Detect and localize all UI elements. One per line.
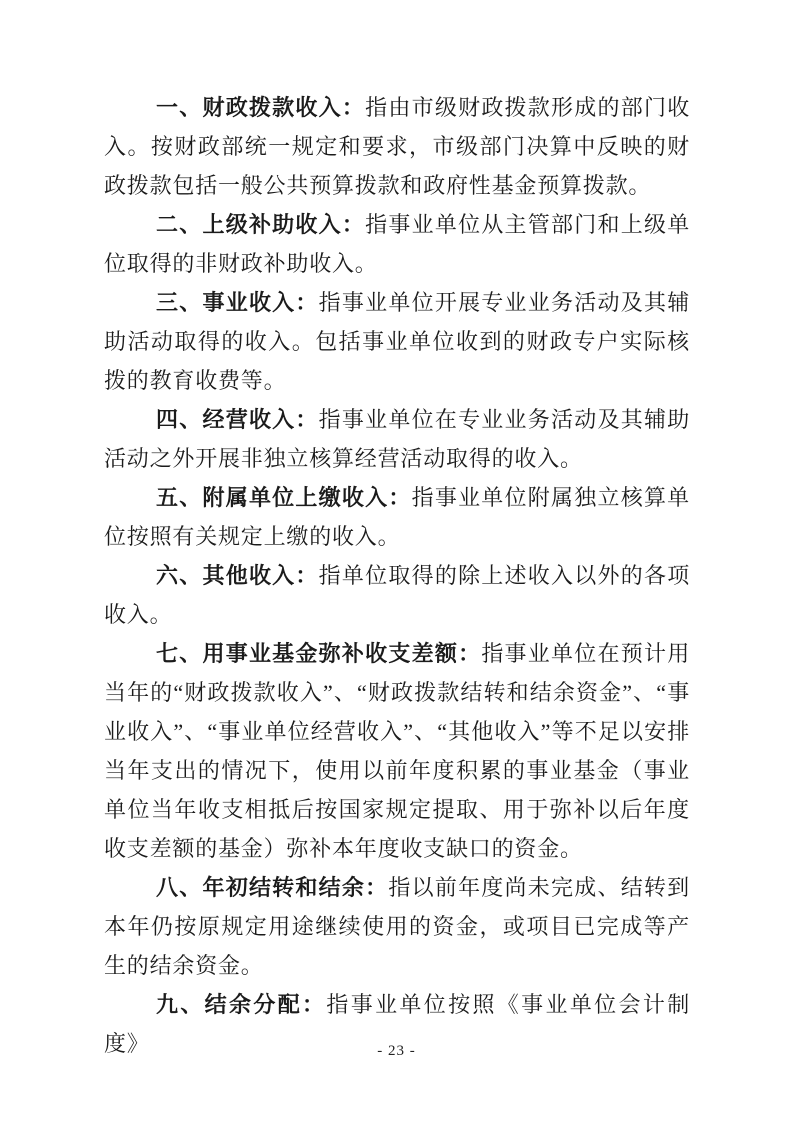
definition-text: 指事业单位在预计用当年的“财政拨款收入”、“财政拨款结转和结余资金”、“事业收入… [104,641,690,861]
document-page: 一、财政拨款收入：指由市级财政拨款形成的部门收入。按财政部统一规定和要求，市级部… [0,0,793,1122]
definition-paragraph: 五、附属单位上缴收入：指事业单位附属独立核算单位按照有关规定上缴的收入。 [104,478,690,556]
definition-paragraph: 三、事业收入：指事业单位开展专业业务活动及其辅助活动取得的收入。包括事业单位收到… [104,283,690,400]
definition-paragraph: 二、上级补助收入：指事业单位从主管部门和上级单位取得的非财政补助收入。 [104,205,690,283]
definition-term: 六、其他收入： [156,563,319,588]
definition-term: 一、财政拨款收入： [156,95,365,120]
definition-term: 九、结余分配： [156,992,326,1017]
document-body: 一、财政拨款收入：指由市级财政拨款形成的部门收入。按财政部统一规定和要求，市级部… [104,88,690,1063]
definition-term: 二、上级补助收入： [156,212,365,237]
definition-paragraph: 八、年初结转和结余：指以前年度尚未完成、结转到本年仍按原规定用途继续使用的资金，… [104,868,690,985]
definition-term: 四、经营收入： [156,407,319,432]
definition-paragraph: 一、财政拨款收入：指由市级财政拨款形成的部门收入。按财政部统一规定和要求，市级部… [104,88,690,205]
definition-term: 三、事业收入： [156,290,319,315]
page-number: - 23 - [0,1043,793,1060]
definition-paragraph: 七、用事业基金弥补收支差额：指事业单位在预计用当年的“财政拨款收入”、“财政拨款… [104,634,690,868]
definition-term: 七、用事业基金弥补收支差额： [156,641,481,666]
definition-term: 八、年初结转和结余： [156,875,388,900]
definition-paragraph: 六、其他收入：指单位取得的除上述收入以外的各项收入。 [104,556,690,634]
definition-paragraph: 四、经营收入：指事业单位在专业业务活动及其辅助活动之外开展非独立核算经营活动取得… [104,400,690,478]
definition-term: 五、附属单位上缴收入： [156,485,412,510]
